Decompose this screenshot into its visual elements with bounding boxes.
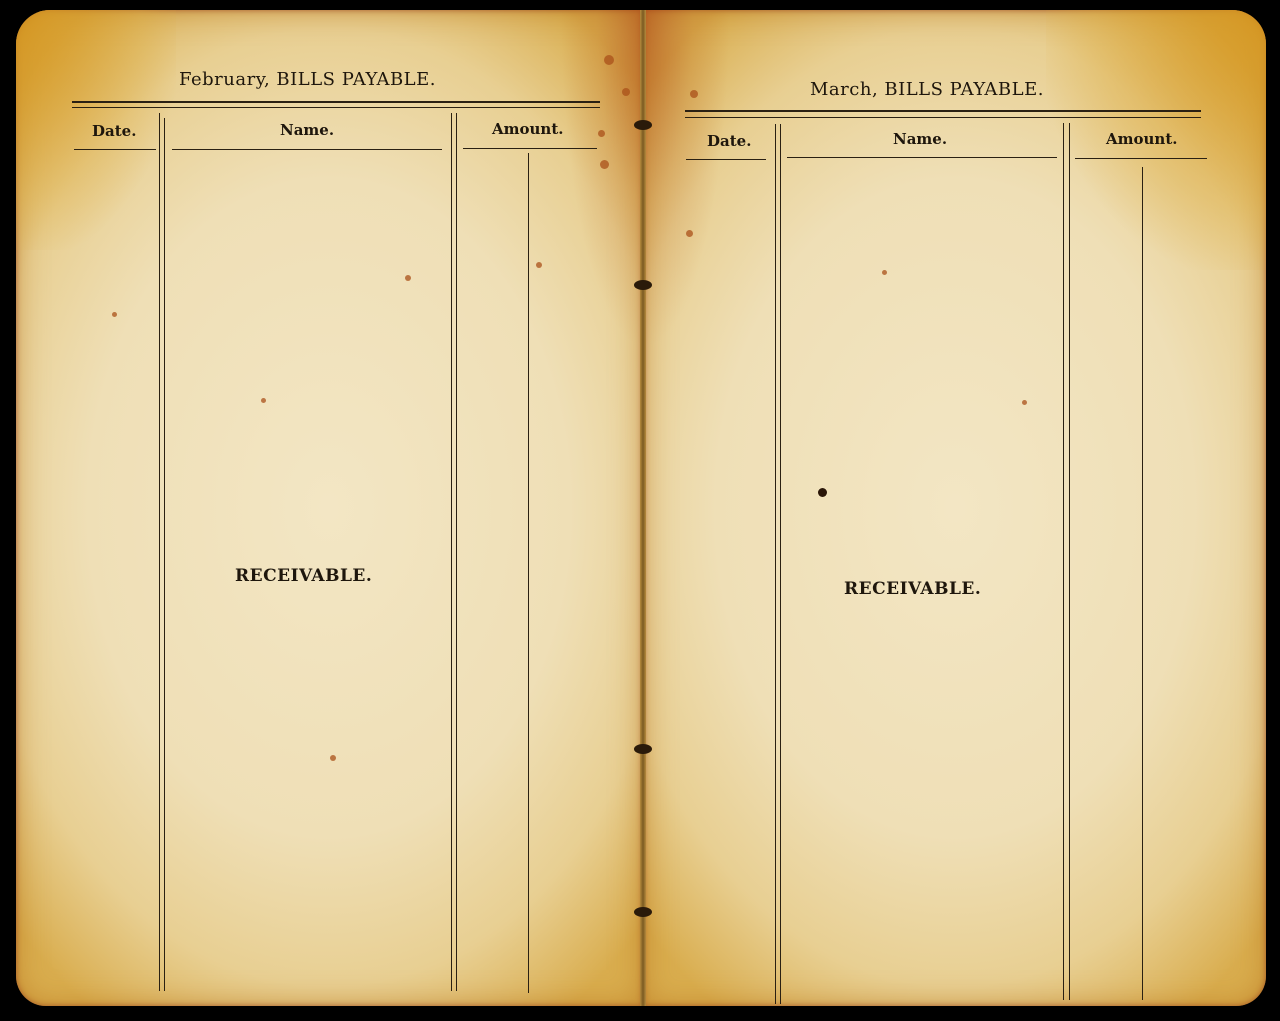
- column-rule: [686, 159, 766, 160]
- amount-divider: [528, 153, 529, 993]
- stain-dot: [622, 88, 630, 96]
- column-header-date: Date.: [707, 132, 751, 150]
- stain-dot: [598, 130, 605, 137]
- column-header-amount: Amount.: [1106, 130, 1177, 148]
- stain-dot: [405, 275, 411, 281]
- amount-divider: [1142, 167, 1143, 1000]
- left-page: [16, 10, 642, 1006]
- section-label: RECEIVABLE.: [844, 579, 981, 599]
- staple-icon: [634, 120, 652, 130]
- stain-dot: [1022, 400, 1027, 405]
- stain-dot: [818, 488, 827, 497]
- header-rule: [72, 107, 600, 108]
- column-rule: [74, 149, 156, 150]
- column-divider: [780, 124, 781, 1004]
- column-divider: [451, 113, 452, 991]
- column-rule: [1075, 158, 1207, 159]
- header-rule: [72, 101, 600, 103]
- stain-dot: [882, 270, 887, 275]
- column-rule: [172, 149, 442, 150]
- stain-dot: [604, 55, 614, 65]
- header-rule: [685, 110, 1201, 112]
- staple-icon: [634, 744, 652, 754]
- stain-dot: [686, 230, 693, 237]
- stain-dot: [600, 160, 609, 169]
- column-divider: [159, 113, 160, 991]
- column-divider: [775, 124, 776, 1004]
- stain-dot: [536, 262, 542, 268]
- stain-dot: [330, 755, 336, 761]
- column-divider: [1069, 123, 1070, 1000]
- header-rule: [685, 117, 1201, 118]
- page-title: March, BILLS PAYABLE.: [810, 79, 1044, 100]
- stain-dot: [261, 398, 266, 403]
- column-header-name: Name.: [893, 130, 947, 148]
- staple-icon: [634, 280, 652, 290]
- column-rule: [463, 148, 597, 149]
- column-header-name: Name.: [280, 121, 334, 139]
- stain-dot: [112, 312, 117, 317]
- column-divider: [1063, 123, 1064, 1000]
- section-label: RECEIVABLE.: [235, 566, 372, 586]
- column-divider: [456, 113, 457, 991]
- column-divider: [164, 118, 165, 991]
- page-title: February, BILLS PAYABLE.: [179, 69, 436, 90]
- column-rule: [787, 157, 1057, 158]
- column-header-date: Date.: [92, 122, 136, 140]
- stain-dot: [690, 90, 698, 98]
- staple-icon: [634, 907, 652, 917]
- book-spine: [640, 10, 646, 1006]
- column-header-amount: Amount.: [492, 120, 563, 138]
